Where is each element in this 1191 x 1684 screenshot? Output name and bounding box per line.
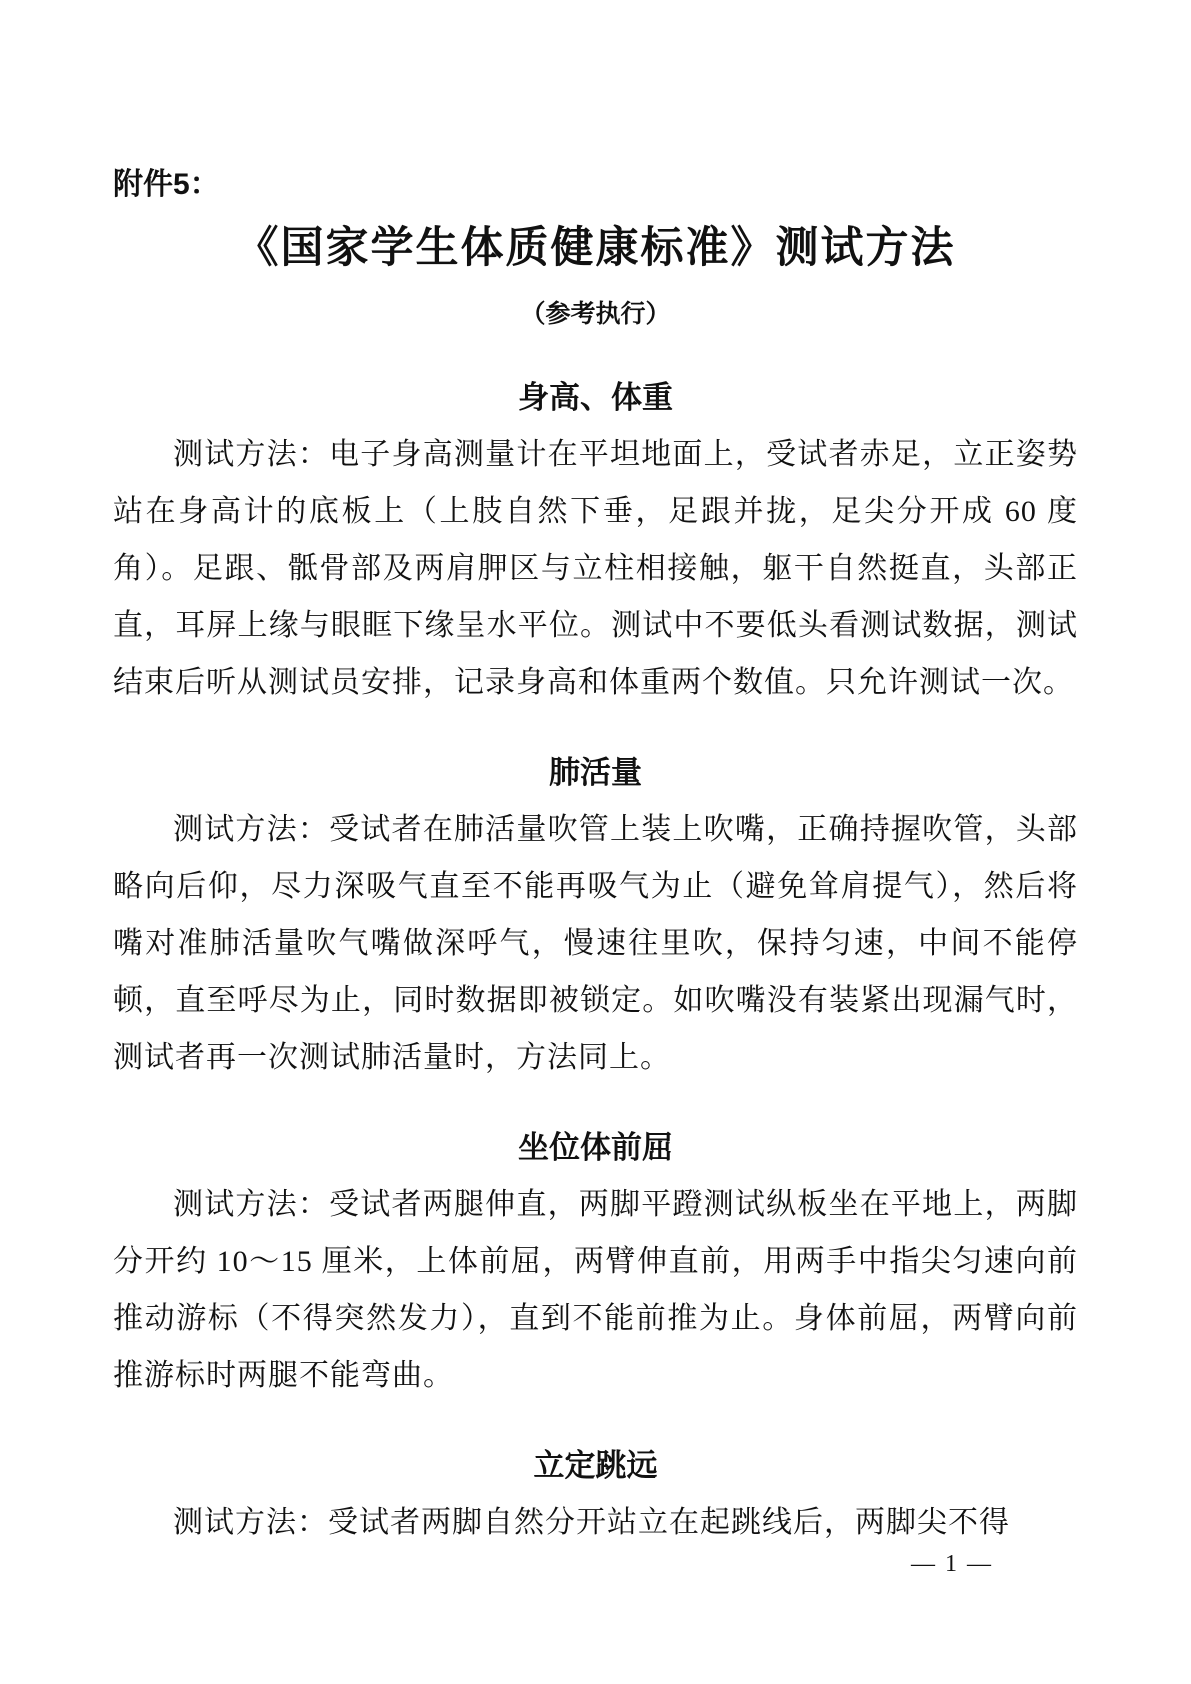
section-paragraph-sit-and-reach: 测试方法：受试者两腿伸直，两脚平蹬测试纵板坐在平地上，两脚分开约 10～15 厘… (113, 1176, 1078, 1404)
section-height-weight: 身高、体重 测试方法：电子身高测量计在平坦地面上，受试者赤足，立正姿势站在身高计… (113, 378, 1078, 711)
section-paragraph-vital-capacity: 测试方法：受试者在肺活量吹管上装上吹嘴，正确持握吹管，头部略向后仰，尽力深吸气直… (113, 801, 1078, 1086)
section-heading-standing-long-jump: 立定跳远 (113, 1446, 1078, 1486)
document-subtitle: （参考执行） (113, 300, 1078, 328)
section-heading-vital-capacity: 肺活量 (113, 753, 1078, 793)
attachment-label: 附件5： (113, 168, 1078, 202)
section-paragraph-standing-long-jump: 测试方法：受试者两脚自然分开站立在起跳线后，两脚尖不得 (113, 1494, 1078, 1551)
section-heading-sit-and-reach: 坐位体前屈 (113, 1128, 1078, 1168)
page-number: — 1 — (911, 1550, 993, 1578)
section-vital-capacity: 肺活量 测试方法：受试者在肺活量吹管上装上吹嘴，正确持握吹管，头部略向后仰，尽力… (113, 753, 1078, 1086)
section-standing-long-jump: 立定跳远 测试方法：受试者两脚自然分开站立在起跳线后，两脚尖不得 (113, 1446, 1078, 1551)
document-page: 附件5： 《国家学生体质健康标准》测试方法 （参考执行） 身高、体重 测试方法：… (0, 0, 1191, 1684)
section-paragraph-height-weight: 测试方法：电子身高测量计在平坦地面上，受试者赤足，立正姿势站在身高计的底板上（上… (113, 426, 1078, 711)
section-heading-height-weight: 身高、体重 (113, 378, 1078, 418)
sections-container: 身高、体重 测试方法：电子身高测量计在平坦地面上，受试者赤足，立正姿势站在身高计… (113, 378, 1078, 1551)
document-title: 《国家学生体质健康标准》测试方法 (113, 224, 1078, 274)
section-sit-and-reach: 坐位体前屈 测试方法：受试者两腿伸直，两脚平蹬测试纵板坐在平地上，两脚分开约 1… (113, 1128, 1078, 1404)
